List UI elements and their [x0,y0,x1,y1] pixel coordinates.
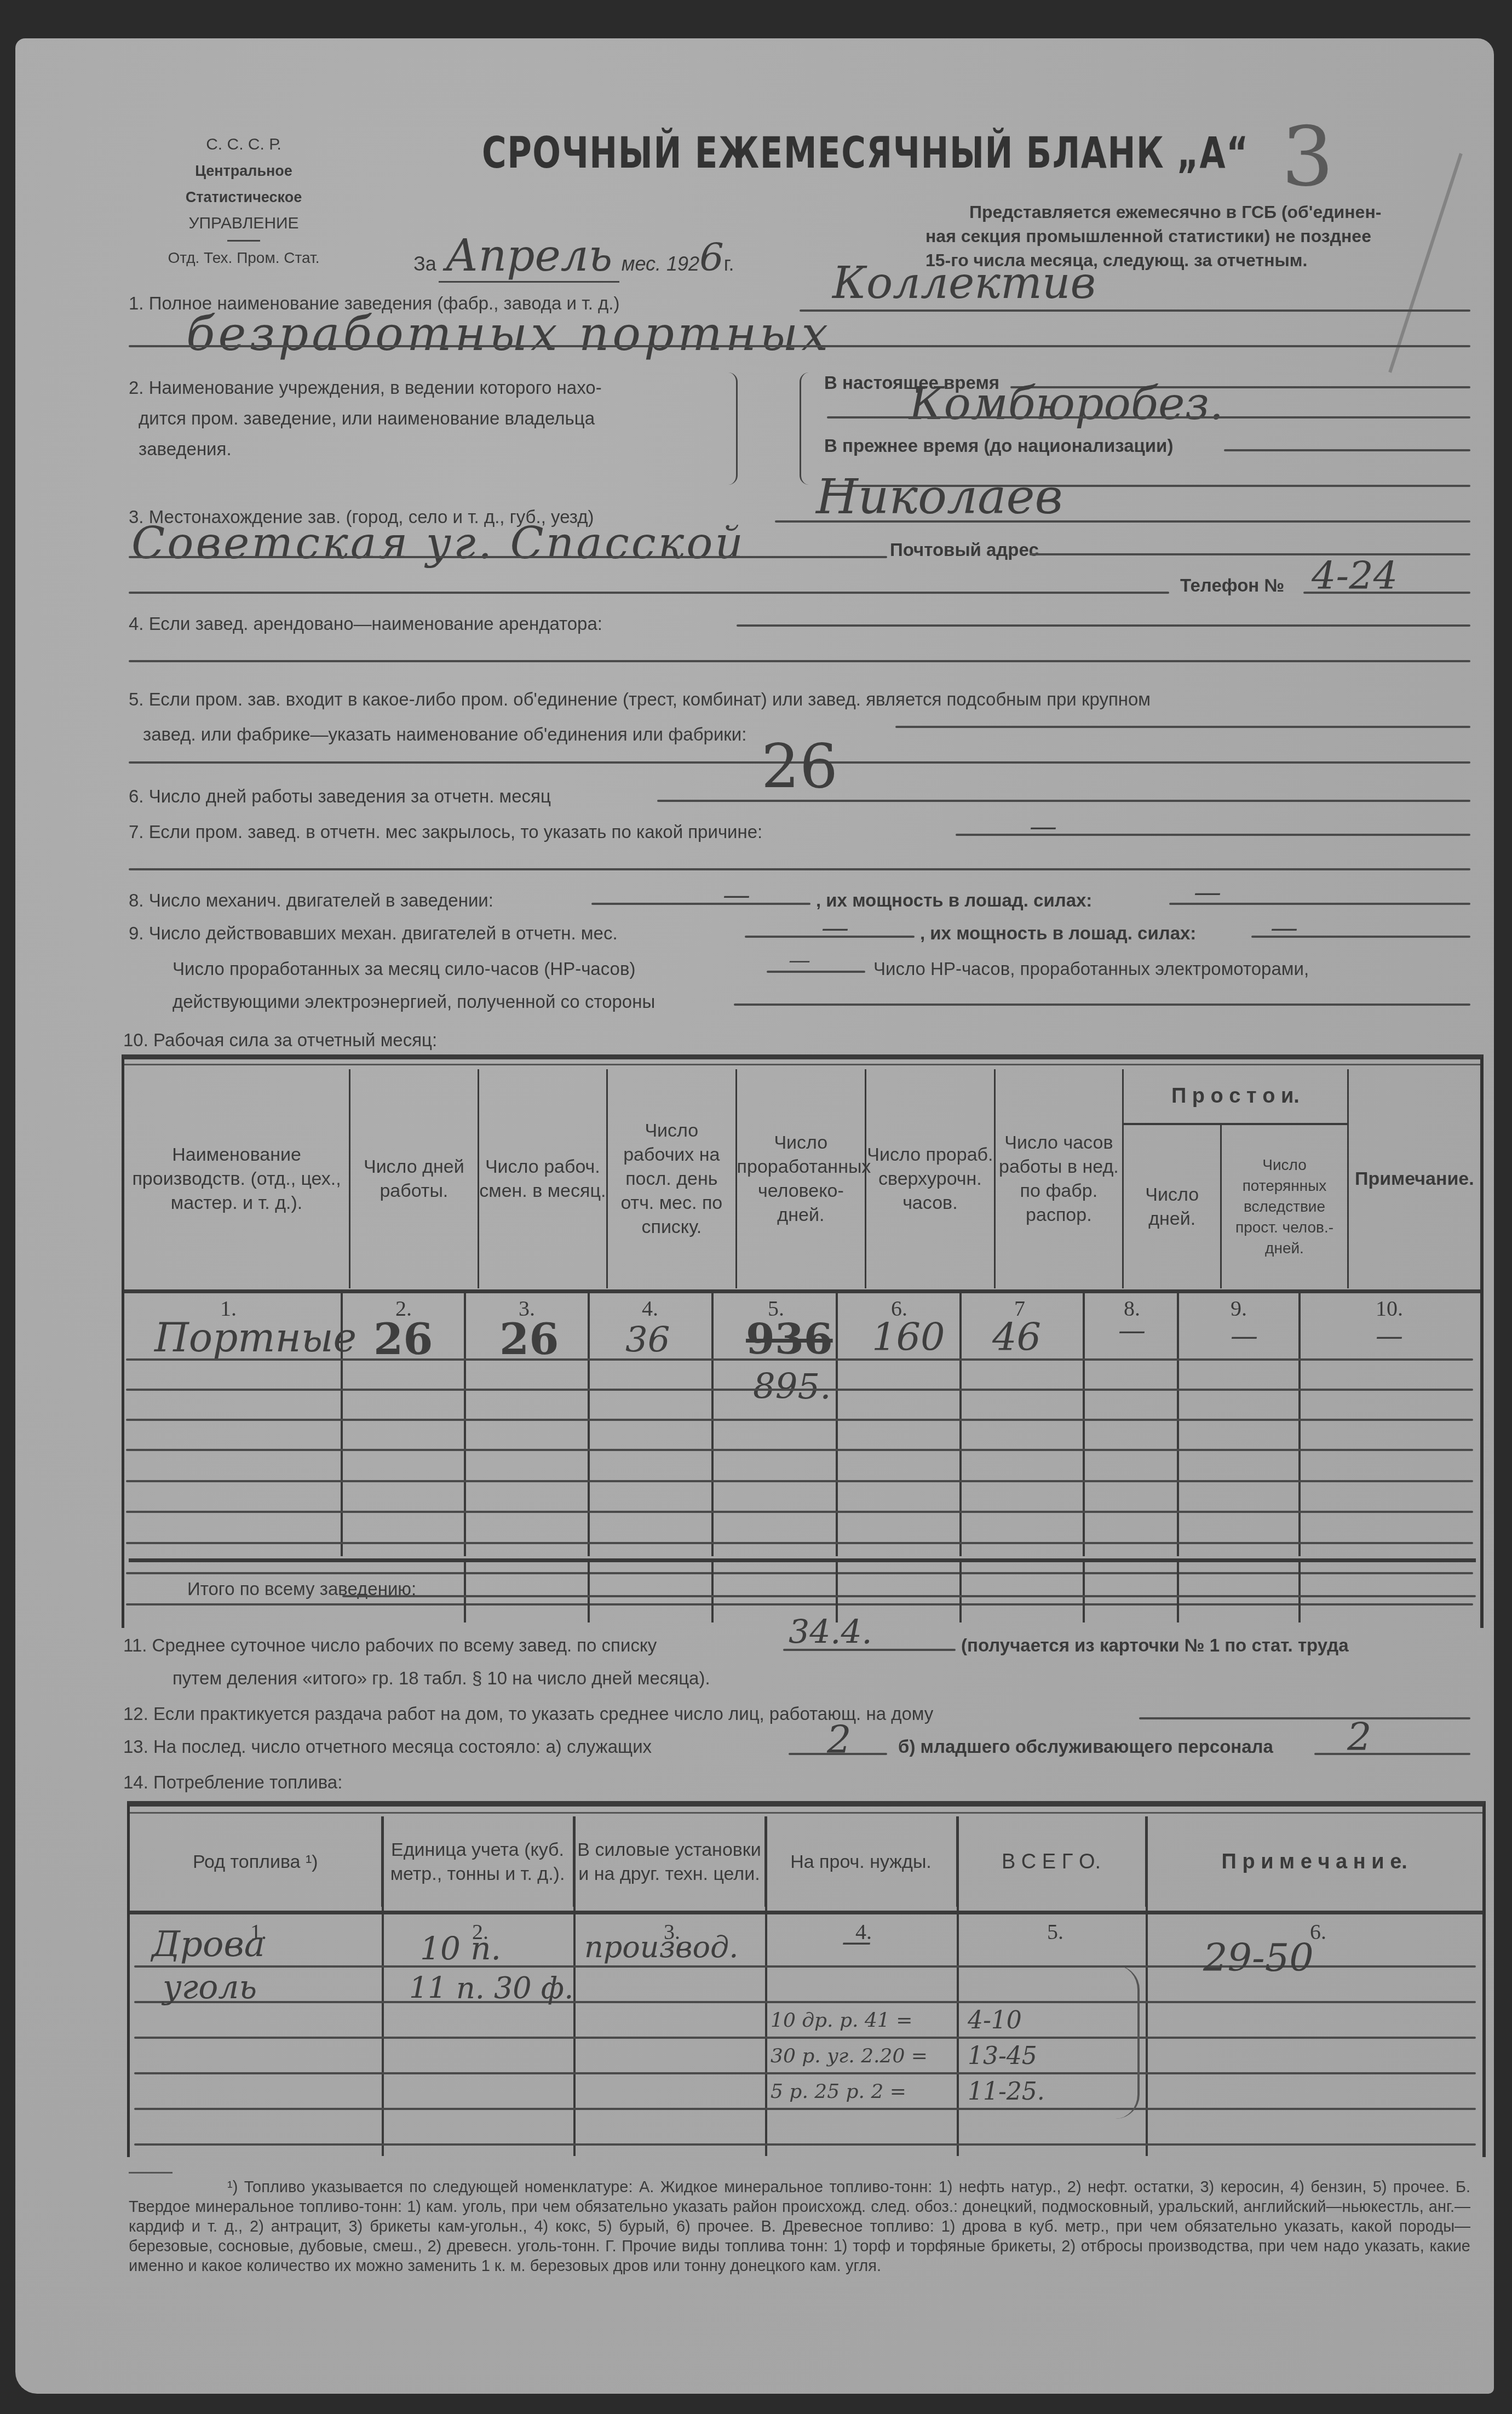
total-input-line[interactable] [342,1595,1476,1597]
fuel-type-firewood[interactable]: Дрова [152,1924,265,1965]
field-13-label-a: 13. На послед. число отчетного месяца со… [123,1736,652,1757]
fuel-total-3[interactable]: 11-25. [968,2078,1045,2106]
field-3-city-underline [775,520,1470,523]
col-divider [573,1816,576,2156]
row-rule [134,2143,1476,2146]
col-header-7: Число часов работы в нед. по фабр. распо… [994,1069,1123,1288]
fuel-col-header-5: В С Е Г О. [957,1816,1146,1907]
field-11-label: 11. Среднее суточное число рабочих по вс… [123,1635,657,1656]
field-9-elec-label-1: Число HP-часов, проработанных электромот… [873,959,1309,979]
fuel-header-table: Род топлива ¹) Единица учета (куб. метр.… [130,1816,1482,1907]
cell-work-days[interactable]: 26 [373,1315,433,1364]
row-rule [126,1480,1473,1482]
row-rule [126,1358,1473,1361]
field-8-power-underline [1169,903,1470,905]
row-rule [126,1389,1473,1391]
org-name: Центральное Статистическое [140,158,348,210]
field-1-underline [800,309,1470,312]
field-2-now-underline-2 [827,416,1470,418]
col-divider [765,1816,767,2156]
field-9-underline [745,936,915,938]
instructions-line-1: Представляется ежемесячно в ГСБ (об'един… [925,200,1473,224]
field-6-value[interactable]: 26 [761,731,838,801]
col-header-6: Число прораб. сверхурочн. часов. [866,1069,995,1288]
period-suffix: г. [724,253,734,275]
fuel-unit-coal[interactable]: 11 п. 30 ф. [409,1971,573,2005]
corner-mark: 3 [1281,110,1333,205]
fuel-col-header-1: Род топлива ¹) [130,1816,382,1907]
cell-production-name[interactable]: Портные [154,1315,357,1361]
fuel-note[interactable]: 29-50 [1203,1935,1314,1980]
col-header-4: Число рабочих на посл. день отч. мес. по… [607,1069,737,1288]
field-5-label-1: 5. Если пром. зав. входит в какое-либо п… [129,682,1476,717]
field-10-label: 10. Рабочая сила за отчетный месяц: [123,1030,437,1051]
org-name-2: УПРАВЛЕНИЕ [140,210,348,237]
col-header-8: Число дней. [1123,1124,1221,1288]
cell-person-days-corrected[interactable]: 895. [753,1367,831,1407]
col-divider [1177,1562,1179,1622]
fuel-table: Род топлива ¹) Единица учета (куб. метр.… [127,1801,1486,2157]
row-rule [134,2001,1476,2003]
fuel-total-2[interactable]: 13-45 [968,2042,1037,2070]
period-mid: мес. 192 [622,253,699,275]
fuel-power-use[interactable]: производ. [584,1930,738,1964]
field-7-value[interactable]: — [1030,811,1057,842]
form-title: СРОЧНЫЙ ЕЖЕМЕСЯЧНЫЙ БЛАНК „А“ [482,129,1249,178]
field-11-value[interactable]: 34.4. [789,1613,872,1652]
fuel-col-header-2: Единица учета (куб. метр., тонны и т. д.… [382,1816,573,1907]
col-header-3: Число рабоч. смен. в месяц. [478,1069,607,1288]
field-9-elec-label-2: действующими электроэнергией, полученной… [173,991,655,1012]
table-top-rule [130,1812,1482,1814]
fuel-calc-2[interactable]: 30 р. уг. 2.20 = [771,2045,928,2067]
cell-lost-days[interactable]: — [1231,1320,1258,1352]
fuel-unit-firewood[interactable]: 10 п. [420,1930,501,1967]
field-14-label: 14. Потребление топлива: [123,1772,342,1793]
footnote-text: ¹) Топливо указывается по следующей номе… [129,2177,1470,2276]
field-7-underline [956,834,1470,836]
org-country: С. С. С. Р. [140,131,348,158]
brace-left [800,372,809,485]
field-13-underline-a [789,1753,887,1755]
field-12-label: 12. Если практикуется раздача работ на д… [123,1704,933,1724]
field-2-label-3: заведения. [129,434,602,465]
field-13-value-a[interactable]: 2 [827,1717,852,1762]
field-8-underline [591,903,810,905]
cell-person-days[interactable]: 936 [746,1315,833,1363]
period-prefix: За [413,253,436,275]
fuel-col-header-6: П р и м е ч а н и е. [1146,1816,1482,1907]
field-2-label-2: дится пром. заведение, или наименование … [129,403,602,434]
field-9-hp-label: Число проработанных за месяц сило-часов … [173,959,635,979]
table-row: Портные 26 26 36 936 160 46 — — — [122,1315,1477,1375]
period-year-digit[interactable]: 6 [699,235,724,280]
field-2-now-value[interactable]: Комбюробез. [909,378,1223,430]
postal-address-label: Почтовый адрес [890,540,1039,560]
field-6-label: 6. Число дней работы заведения за отчетн… [129,786,551,807]
field-3-address-underline [129,556,887,558]
fuel-type-coal[interactable]: уголь [163,1968,257,2006]
brace-right [728,372,738,485]
field-12-input[interactable] [1139,1717,1470,1719]
row-rule [134,2072,1476,2074]
col-divider [957,1816,959,2156]
field-8-label: 8. Число механич. двигателей в заведении… [129,890,493,911]
row-rule [126,1419,1473,1421]
field-9-power-underline [1251,936,1470,938]
field-13-label-b: б) младшего обслуживающего персонала [898,1736,1273,1757]
field-11-underline [783,1649,956,1651]
field-9-hp-underline [767,971,865,973]
phone-underline [1303,592,1470,594]
field-3-city-value[interactable]: Николаев [816,468,1063,525]
field-4-input[interactable] [737,624,1470,627]
field-8-power-label: , их мощность в лошад. силах: [816,890,1092,911]
field-1-value-1[interactable]: Коллектив [832,257,1096,308]
row-rule [126,1449,1473,1451]
instructions-line-2: ная секция промышленной статистики) не п… [925,224,1473,248]
fuel-calc-1[interactable]: 10 др. р. 41 = [771,2009,912,2032]
field-9-power-value[interactable]: — [1270,912,1298,944]
field-9-value[interactable]: — [821,912,849,944]
field-1-underline-2 [129,345,1470,347]
fuel-total-1[interactable]: 4-10 [968,2006,1022,2034]
downtime-group-header: П р о с т о и. [1123,1069,1348,1124]
col-divider [959,1562,962,1622]
header-bottom-rule [124,1289,1480,1293]
field-2-before-underline [1224,449,1470,451]
col-divider [1298,1562,1301,1622]
row-rule [134,2108,1476,2110]
fuel-header-rule [130,1911,1482,1914]
period-line: За Апрель мес. 1926г. [413,230,734,283]
field-3-address-value[interactable]: Советская уг. Спасской [131,518,745,569]
col-number: 5. [1047,1919,1063,1945]
field-7-underline-2 [129,868,1470,870]
fuel-other-use[interactable]: — [842,1924,871,1959]
field-2-label-1: 2. Наименование учреждения, в ведении ко… [129,372,602,403]
field-9-hp-value[interactable]: — [789,948,810,973]
field-13-underline-b [1314,1753,1470,1755]
org-dept: Отд. Тех. Пром. Стат. [140,245,348,271]
postal-address-field[interactable] [1030,553,1470,555]
col-divider [1146,1816,1148,2156]
field-9-power-label: , их мощность в лошад. силах: [920,923,1196,944]
col-divider [1083,1562,1085,1622]
field-9-label: 9. Число действовавших механ. двигателей… [129,923,618,944]
col-divider [711,1562,714,1622]
field-9-elec-input[interactable] [734,1004,1470,1006]
workforce-header-table: Наименование производств. (отд., цех., м… [124,1069,1480,1288]
field-3-underline-3 [129,592,1169,594]
field-7-label: 7. Если пром. завед. в отчетн. мес закры… [129,822,762,842]
period-month[interactable]: Апрель [439,230,619,283]
row-rule [134,2037,1476,2039]
field-2-label: 2. Наименование учреждения, в ведении ко… [129,372,602,465]
field-11-note-1: (получается из карточки № 1 по стат. тру… [961,1635,1349,1656]
total-rule [129,1558,1476,1562]
field-8-value[interactable]: — [723,879,750,911]
col-header-5: Число проработанных человеко-дней. [736,1069,866,1288]
row-rule [126,1542,1473,1544]
cell-downtime-days[interactable]: — [1118,1315,1146,1346]
col-divider [382,1816,384,2156]
field-5-input[interactable] [895,726,1470,728]
field-1-value-2[interactable]: безработных портных [186,307,831,362]
col-header-2: Число дней работы. [350,1069,478,1288]
fuel-calc-3[interactable]: 5 р. 25 р. 2 = [771,2080,906,2103]
cell-shifts[interactable]: 26 [499,1315,559,1364]
org-block: С. С. С. Р. Центральное Статистическое У… [140,131,348,271]
cell-overtime[interactable]: 160 [872,1315,945,1360]
org-divider [227,240,260,242]
col-divider [588,1562,590,1622]
row-rule [126,1511,1473,1513]
col-header-10: Примечание. [1348,1069,1480,1288]
cell-workers[interactable]: 36 [625,1320,670,1361]
footnote-rule [129,2172,173,2174]
cell-weekly-hours[interactable]: 46 [992,1315,1041,1360]
fuel-col-header-4: На проч. нужды. [765,1816,957,1907]
handwritten-brace [1116,1965,1140,2119]
field-6-underline [657,800,1470,802]
field-2-before-label: В прежнее время (до национализации) [824,435,1173,456]
field-4-underline-2 [129,660,1470,662]
cell-note[interactable]: — [1376,1320,1403,1352]
col-header-9: Число потерянных вследствие прост. челов… [1221,1124,1348,1288]
col-divider [464,1562,466,1622]
phone-label: Телефон № [1180,575,1284,596]
field-4-label: 4. Если завед. арендовано—наименование а… [129,613,602,634]
col-header-1: Наименование производств. (отд., цех., м… [124,1069,350,1288]
field-11-note-2: путем деления «итого» гр. 18 табл. § 10 … [173,1668,710,1689]
fuel-col-header-3: В силовые установки и на друг. техн. цел… [573,1816,765,1907]
table-top-rule [124,1064,1480,1065]
